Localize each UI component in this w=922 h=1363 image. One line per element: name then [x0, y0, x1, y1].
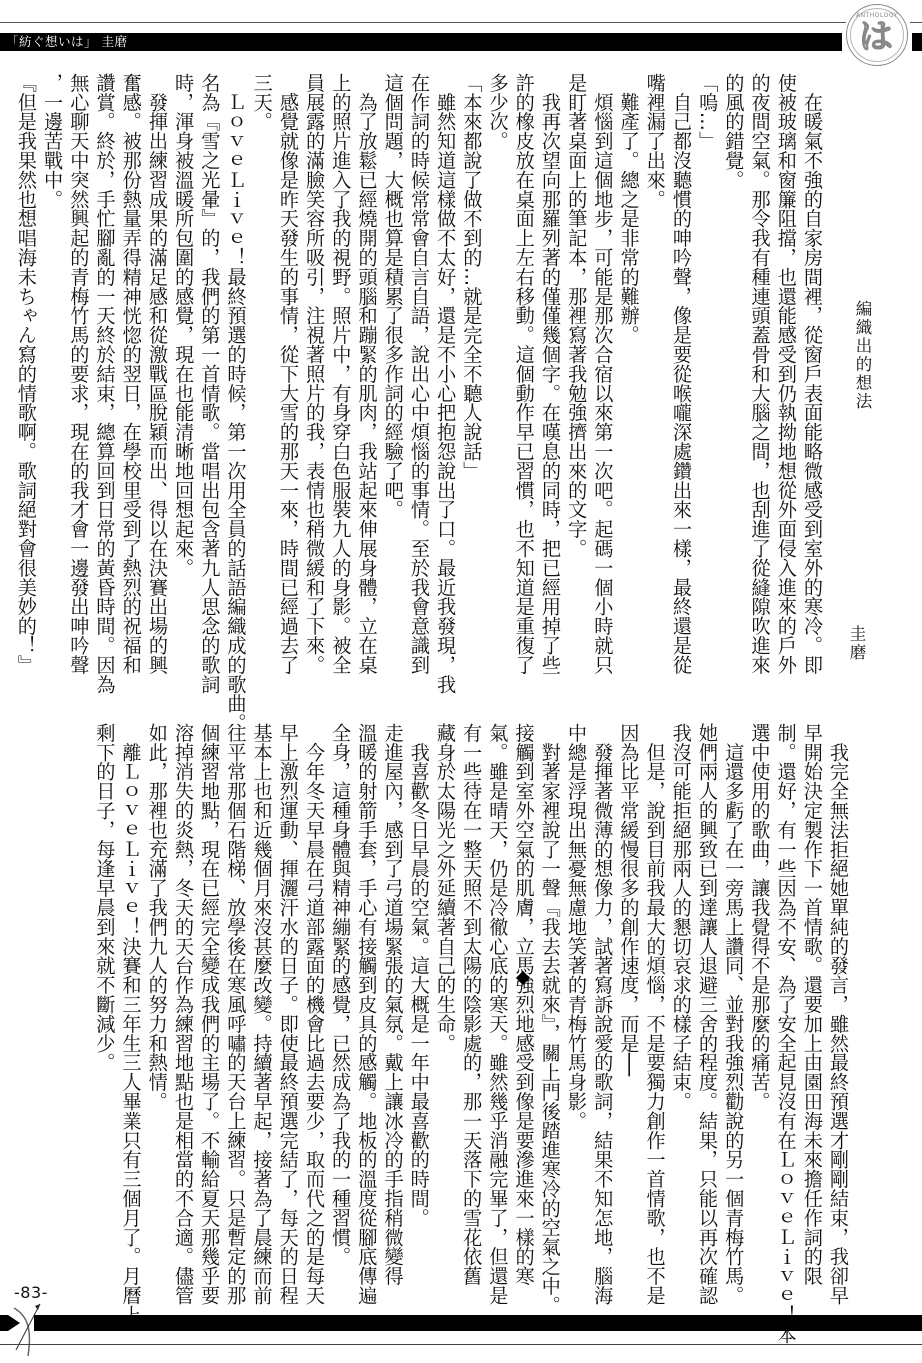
text-line: 全身，這種身體與精神繃緊的感覺，已然成為了我的一種習慣。 — [327, 723, 353, 1223]
text-line: 雖然知道這樣做不太好，還是不小心把抱怨說出了口。最近我發現，我 — [432, 73, 458, 673]
footer-bar — [34, 1315, 922, 1331]
text-line: 自己都沒聽慣的呻吟聲，像是要從喉嚨深處鑽出來一樣，最終還是從 — [668, 73, 694, 673]
text-line: 選中使用的歌曲，讓我覺得不是那麼的痛苦。 — [746, 723, 772, 1223]
text-line: 這還多虧了在一旁馬上讚同、並對我強烈勸說的另一個青梅竹馬。 — [720, 723, 746, 1223]
text-line: 為了放鬆已經燒開的頭腦和蹦緊的肌肉，我站起來伸展身體，立在桌 — [353, 73, 379, 673]
text-line: 溶掉消失的炎熱，冬天的天台作為練習地點也是相當的不合適。儘管 — [170, 723, 196, 1223]
text-line: 使被玻璃和窗簾阻擋，也還能感受到仍執拗地想從外面侵入進來的戶外 — [773, 73, 799, 673]
header-top-rule-right — [910, 22, 922, 23]
text-line: 上的照片進入了我的視野。照片中，有身穿白色服裝九人的身影。被全 — [327, 73, 353, 673]
text-line: 在作詞的時候常常會自言自語，說出心中煩惱的事情。至於我會意識到 — [406, 73, 432, 673]
text-line: 我喜歡冬日早晨的空氣。這大概是一年中最喜歡的時間。 — [406, 723, 432, 1223]
text-line: ，一邊苦戰中。 — [39, 73, 65, 673]
logo-glyph: は — [859, 17, 893, 57]
text-line: 感覺就像是昨天發生的事情，從下大雪的那天一來，時間已經過去了 — [275, 73, 301, 673]
body-text-bottom-tier: 我完全無法拒絕她單純的發言，雖然最終預選才剛剛結束，我卻早早開始決定製作下一首情… — [91, 723, 851, 1223]
text-line: 中總是浮現出無憂無慮地笑著的青梅竹馬身影。 — [563, 723, 589, 1223]
text-line: 「本來都說了做不到的…就是完全不聽人說話」 — [458, 73, 484, 673]
text-line: 名為『雪之光暈』的，我們的第一首情歌。當唱出包含著九人思念的歌詞 — [196, 73, 222, 673]
body-text-top-tier: 在暖氣不強的自家房間裡，從窗戶表面能略微感受到室外的寒冷。即使被玻璃和窗簾阻擋，… — [13, 73, 825, 673]
text-line: 有一些待在一整天照不到太陽的陰影處的，那一天落下的雪花依舊 — [458, 723, 484, 1223]
text-line: 她們兩人的興致已到達讓人退避三舍的程度。結果，只能以再次確認 — [694, 723, 720, 1223]
text-line: 今年冬天早晨在弓道部露面的機會比過去要少，取而代之的是每天 — [301, 723, 327, 1223]
footer-rule — [0, 1344, 922, 1345]
text-line: 但是，說到目前我最大的煩惱，不是要獨力創作一首情歌，也不是 — [641, 723, 667, 1223]
text-line: 我沒可能拒絕那兩人的懇切哀求的樣子結束。 — [668, 723, 694, 1223]
text-line: 『但是我果然也想唱海未ちゃん寫的情歌啊。歌詞絕對會很美妙的！』 — [13, 73, 39, 673]
text-line: 發揮著微薄的想像力，試著寫訴說愛的歌詞，結果不知怎地，腦海 — [589, 723, 615, 1223]
text-line: 難產了。總之是非常的難辦。 — [615, 73, 641, 673]
text-line: 我完全無法拒絕她單純的發言，雖然最終預選才剛剛結束，我卻早 — [825, 723, 851, 1223]
text-line: 的風的錯覺。 — [720, 73, 746, 673]
text-line: 基本上也和近幾個月來沒甚麼改變。持續著早起，接著為了晨練而前 — [248, 723, 274, 1223]
anthology-logo-icon: ANTHOLOGY は — [846, 4, 908, 66]
text-line: 我再次望向那羅列著的僅僅幾個字。在嘆息的同時，把已經用掉了些 — [537, 73, 563, 673]
text-line: 早上激烈運動、揮灑汗水的日子。即使最終預選完結了，每天的日程 — [275, 723, 301, 1223]
text-line: 奮感。被那份熱量弄得精神恍惚的翌日，在學校里受到了熱烈的祝福和 — [118, 73, 144, 673]
text-line: 藏身於太陽光之外延續著自己的生命。 — [432, 723, 458, 1223]
text-line: 制。還好，有一些因為不安、為了安全起見沒有在ＬｏｖｅＬｉｖｅ！本 — [772, 723, 798, 1223]
text-line: 剩下的日子，每逢早晨到來就不斷減少。 — [91, 723, 117, 1223]
text-line: 讚賞。終於，手忙腳亂的一天終於結束，總算回到日常的黃昏時間。因為 — [91, 73, 117, 673]
text-line: 煩惱到這個地步，可能是那次合宿以來第一次吧。起碼一個小時就只 — [589, 73, 615, 673]
text-line: 嘴裡漏了出來。 — [642, 73, 668, 673]
text-line: 走進屋內，感到了弓道場緊張的氣氛。戴上讓冰冷的手指稍微變得 — [379, 723, 405, 1223]
text-line: 的夜間空氣。那令我有種連頭蓋骨和大腦之間，也刮進了從縫隙吹進來 — [746, 73, 772, 673]
text-line: 溫暖的射箭手套，手心有接觸到皮具的感觸。地板的溫度從腳底傳遍 — [353, 723, 379, 1223]
text-line: 發揮出練習成果的滿足感和從激戰區脫穎而出、得以在決賽出場的興 — [144, 73, 170, 673]
text-line: 個練習地點，現在已經完全變成我們的主場了。不輸給夏天那幾乎要 — [196, 723, 222, 1223]
running-header-title: 「紡ぐ想いは」 圭磨 — [6, 34, 127, 50]
text-line: 多少次。 — [484, 73, 510, 673]
article-author: 圭磨 — [846, 625, 866, 662]
header-bar-right — [912, 33, 922, 51]
text-line: 離ＬｏｖｅＬｉｖｅ！決賽和三年生三人畢業只有三個月了。月曆上 — [117, 723, 143, 1223]
text-line: 無心聊天中突然興起的青梅竹馬的要求，現在的我才會一邊發出呻吟聲 — [65, 73, 91, 673]
text-line: 早開始決定製作下一首情歌。還要加上由園田海未來擔任作詞的限 — [799, 723, 825, 1223]
text-line: 如此，那裡也充滿了我們九人的努力和熱情。 — [144, 723, 170, 1223]
text-line: 三天。 — [249, 73, 275, 673]
text-line: 對著家裡說了一聲『我去去就來』，關上門後踏進寒冷的空氣之中。 — [537, 723, 563, 1223]
text-line: 員展露的滿臉笑容所吸引，注視著照片的我，表情也稍微緩和了下來。 — [301, 73, 327, 673]
text-line: 這個問題，大概也算是積累了很多作詞的經驗了吧。 — [380, 73, 406, 673]
text-line: 是盯著桌面上的筆記本，那裡寫著我勉強擠出來的文字。 — [563, 73, 589, 673]
text-line: 時，渾身被溫暖所包圍的感覺，現在也能清晰地回想起來。 — [170, 73, 196, 673]
text-line: 氣。雖是晴天，仍是冷徹心底的寒天。雖然幾乎消融完畢了，但還是 — [484, 723, 510, 1223]
article-title: 編織出的想法 — [852, 300, 872, 411]
text-line: 「嗚…」 — [694, 73, 720, 673]
text-line: ＬｏｖｅＬｉｖｅ！最終預選的時候，第一次用全員的話語編織成的歌曲。 — [222, 73, 248, 673]
text-line: 往平常那個石階梯、放學後在寒風呼嘯的天台上練習。只是暫定的那 — [222, 723, 248, 1223]
text-line: 因為比平常緩慢很多的創作速度，而是── — [615, 723, 641, 1223]
text-line: 許的橡皮放在桌面上左右移動。這個動作早已習慣，也不知道是重復了 — [511, 73, 537, 673]
header-top-rule — [0, 22, 846, 23]
text-line: 在暖氣不強的自家房間裡，從窗戶表面能略微感受到室外的寒冷。即 — [799, 73, 825, 673]
